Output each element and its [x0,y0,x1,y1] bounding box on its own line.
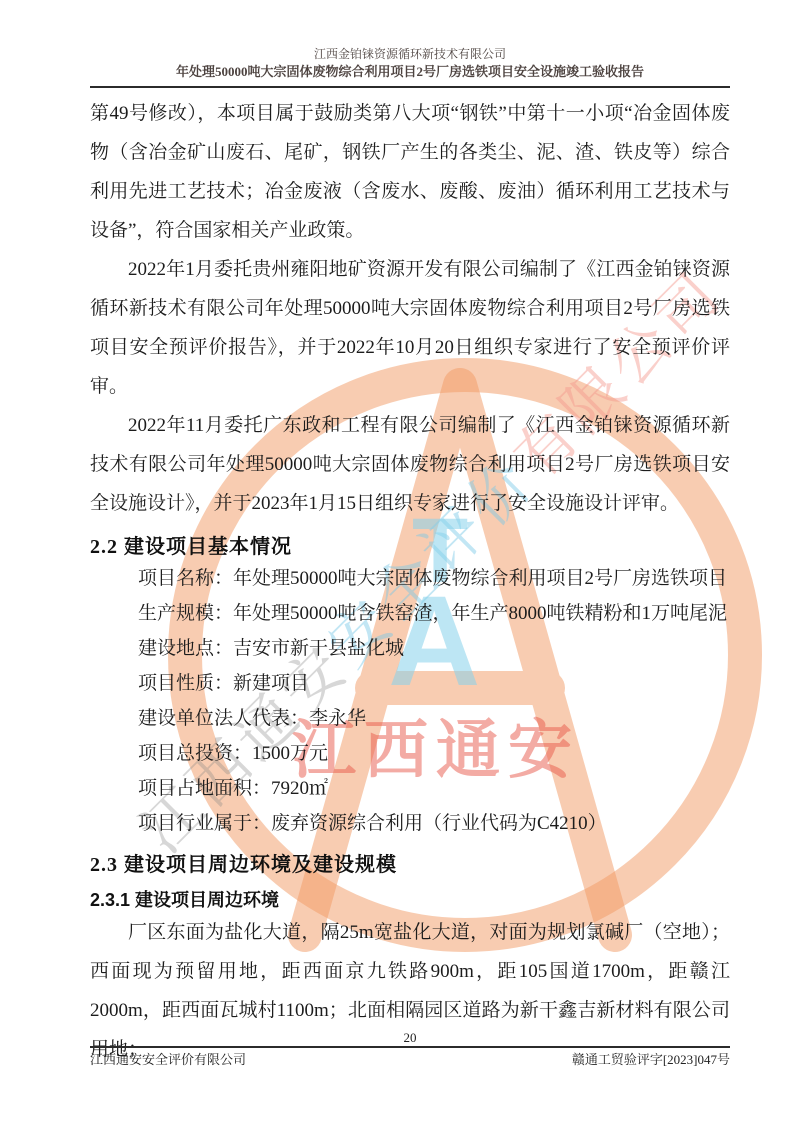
heading-section-2-3-1: 2.3.1 建设项目周边环境 [90,887,730,913]
total-investment-item: 项目总投资：1500万元 [90,736,730,771]
footer-row: 江西通安安全评价有限公司 赣通工贸验评字[2023]047号 [90,1048,730,1069]
land-area-item: 项目占地面积：7920㎡ [90,771,730,806]
paragraph-pre-evaluation: 2022年1月委托贵州雍阳地矿资源开发有限公司编制了《江西金铂铼资源循环新技术有… [90,250,730,406]
industry-category-item: 项目行业属于：废弃资源综合利用（行业代码为C4210） [90,806,730,841]
project-name-item: 项目名称：年处理50000吨大宗固体废物综合利用项目2号厂房选铁项目 [90,561,730,596]
production-scale-item: 生产规模：年处理50000吨含铁窑渣，年生产8000吨铁精粉和1万吨尾泥 [90,596,730,631]
report-header: 江西金铂铼资源循环新技术有限公司 年处理50000吨大宗固体废物综合利用项目2号… [90,0,730,88]
project-info-list: 项目名称：年处理50000吨大宗固体废物综合利用项目2号厂房选铁项目 生产规模：… [90,561,730,841]
header-company-name: 江西金铂铼资源循环新技术有限公司 [90,46,730,62]
page-number: 20 [90,1030,730,1046]
footer-company-name: 江西通安安全评价有限公司 [90,1051,246,1069]
page-footer: 20 江西通安安全评价有限公司 赣通工贸验评字[2023]047号 [90,1030,730,1069]
document-page: 江西通安安全评价有限公司 T A 江西通安 江西金铂铼资源循环新技术有限公司 年… [0,0,800,1131]
heading-section-2-2: 2.2 建设项目基本情况 [90,533,730,561]
legal-representative-item: 建设单位法人代表：李永华 [90,701,730,736]
project-nature-item: 项目性质：新建项目 [90,666,730,701]
construction-site-item: 建设地点：吉安市新干县盐化城 [90,631,730,666]
paragraph-policy: 第49号修改），本项目属于鼓励类第八大项“钢铁”中第十一小项“冶金固体废物（含冶… [90,94,730,250]
header-report-title: 年处理50000吨大宗固体废物综合利用项目2号厂房选铁项目安全设施竣工验收报告 [90,62,730,82]
footer-document-number: 赣通工贸验评字[2023]047号 [572,1051,730,1069]
paragraph-safety-design: 2022年11月委托广东政和工程有限公司编制了《江西金铂铼资源循环新技术有限公司… [90,406,730,523]
heading-section-2-3: 2.3 建设项目周边环境及建设规模 [90,851,730,879]
page-content: 江西金铂铼资源循环新技术有限公司 年处理50000吨大宗固体废物综合利用项目2号… [0,0,800,1069]
